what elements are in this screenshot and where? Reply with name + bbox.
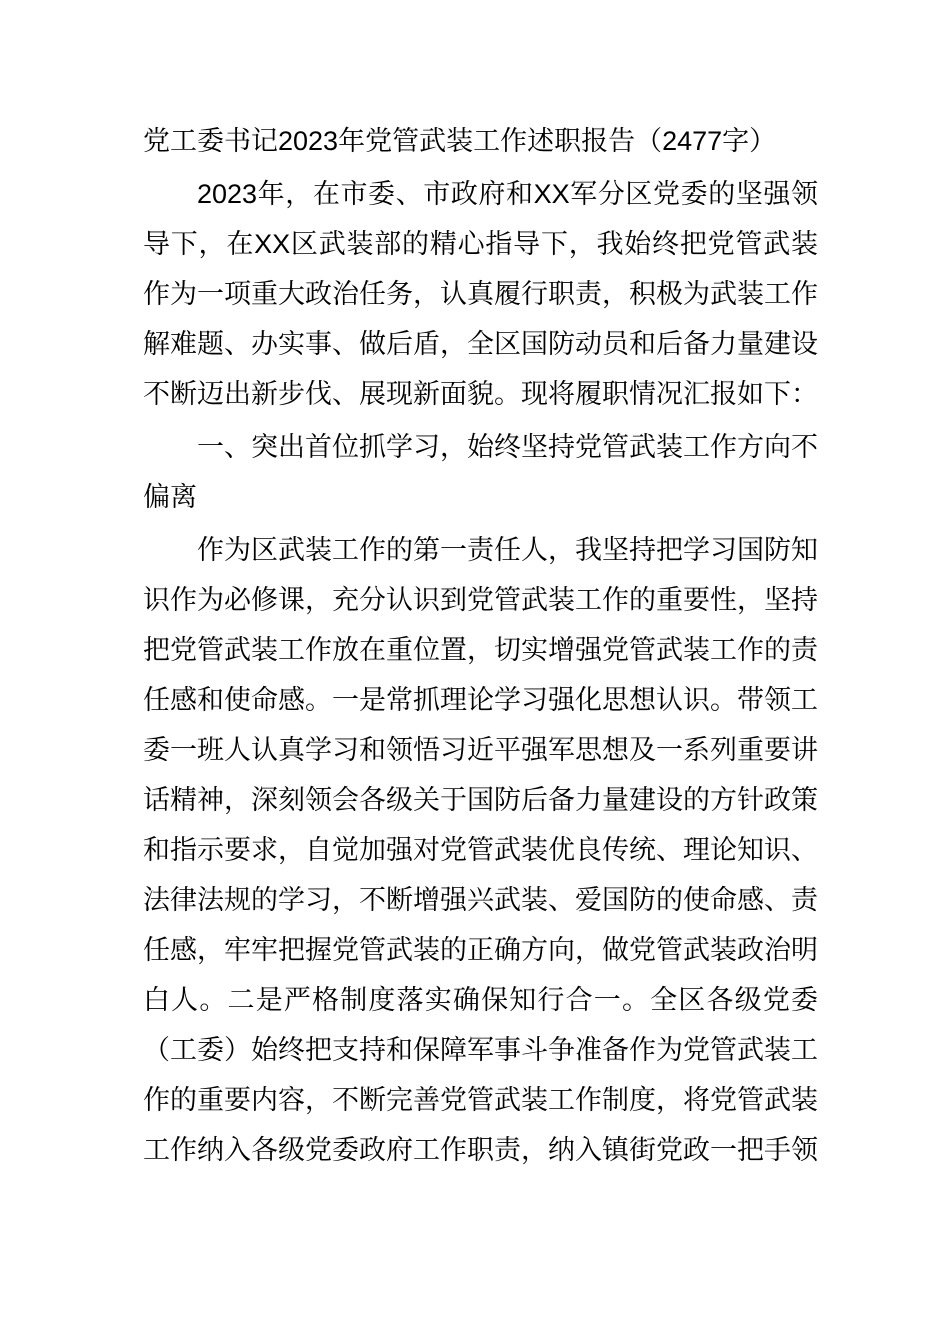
- paragraph-intro: 2023年，在市委、市政府和XX军分区党委的坚强领导下，在XX区武装部的精心指导…: [143, 169, 818, 419]
- document-title: 党工委书记2023年党管武装工作述职报告（2477字）: [143, 116, 818, 166]
- paragraph-section-1-body: 作为区武装工作的第一责任人，我坚持把学习国防知识作为必修课，充分认识到党管武装工…: [143, 525, 818, 1175]
- document-page: 党工委书记2023年党管武装工作述职报告（2477字） 2023年，在市委、市政…: [0, 0, 950, 1344]
- section-heading-1: 一、突出首位抓学习，始终坚持党管武装工作方向不偏离: [143, 422, 818, 522]
- document-body: 党工委书记2023年党管武装工作述职报告（2477字） 2023年，在市委、市政…: [143, 116, 818, 1175]
